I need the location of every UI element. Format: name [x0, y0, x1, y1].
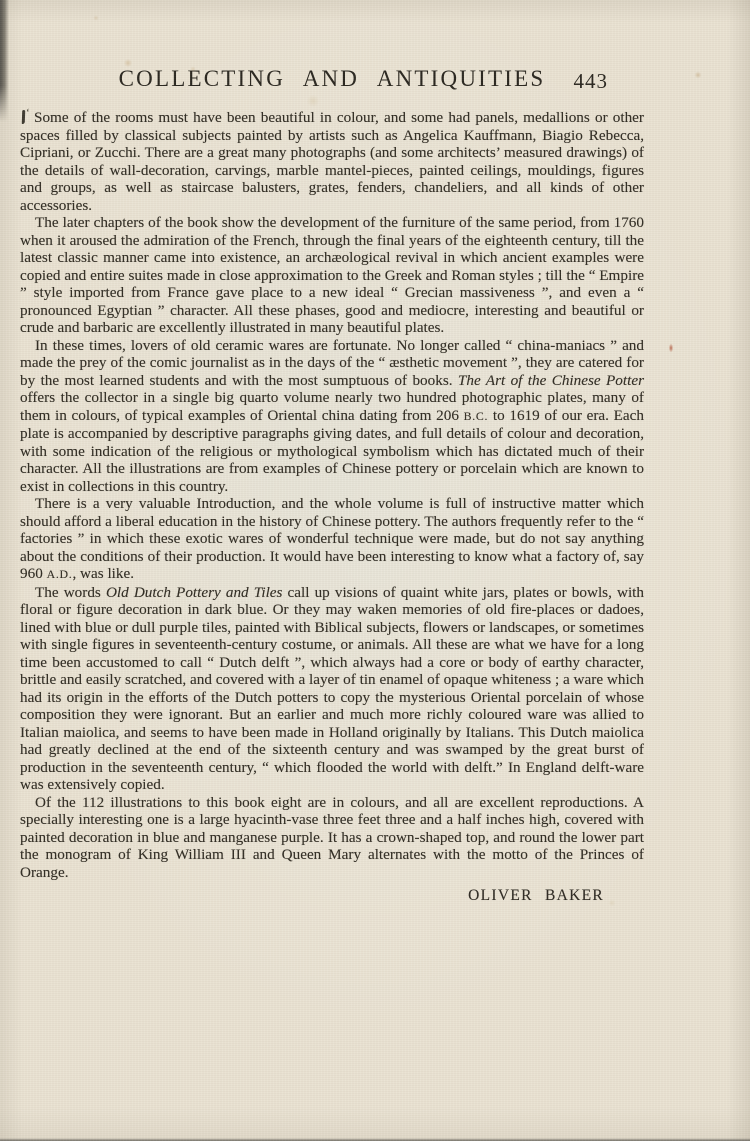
page-content: COLLECTING AND ANTIQUITIES 443 ʻSome of … [20, 62, 644, 905]
text-run-smallcaps: B.C. [464, 409, 489, 423]
text-run-italic: Old Dutch Pottery and Tiles [106, 584, 283, 601]
scan-edge-left [0, 0, 9, 122]
text-run: , was like. [72, 565, 134, 582]
paragraph: There is a very valuable Introduction, a… [20, 495, 644, 584]
text-run-italic: The Art of the Chinese Potter [458, 372, 644, 389]
text-run-smallcaps: A.D. [47, 567, 73, 581]
text-run: Some of the rooms must have been beautif… [20, 109, 644, 214]
paragraph: In these times, lovers of old ceramic wa… [20, 337, 644, 496]
ink-blot-mark: ʻ [20, 111, 31, 124]
paragraph: The words Old Dutch Pottery and Tiles ca… [20, 584, 644, 794]
text-run: Of the 112 illustrations to this book ei… [20, 794, 644, 881]
page-number: 443 [574, 69, 609, 94]
text-run: The words [35, 584, 106, 601]
paragraph: ʻSome of the rooms must have been beauti… [20, 109, 644, 214]
paragraph: Of the 112 illustrations to this book ei… [20, 794, 644, 882]
paragraph: The later chapters of the book show the … [20, 214, 644, 337]
body-text: ʻSome of the rooms must have been beauti… [20, 109, 644, 881]
text-run: The later chapters of the book show the … [20, 214, 644, 336]
page-title: COLLECTING AND ANTIQUITIES [20, 62, 644, 92]
running-head: COLLECTING AND ANTIQUITIES 443 [20, 62, 644, 104]
text-run: call up visions of quaint white jars, pl… [20, 584, 644, 794]
scanned-book-page: COLLECTING AND ANTIQUITIES 443 ʻSome of … [0, 0, 750, 1141]
author-signature: OLIVER BAKER [20, 887, 644, 905]
